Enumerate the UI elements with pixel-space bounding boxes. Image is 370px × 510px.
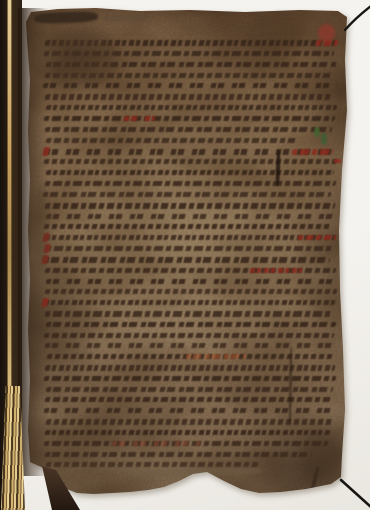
text-line — [45, 462, 258, 467]
text-line — [45, 419, 334, 425]
red-stain — [318, 24, 335, 42]
rubric-segment — [123, 116, 155, 121]
crease-line — [288, 347, 292, 425]
rubric-segment — [297, 235, 336, 240]
text-line — [45, 279, 333, 284]
stain-blotch-bottomright — [300, 430, 344, 485]
text-line — [43, 116, 335, 121]
text-line — [44, 94, 333, 100]
text-line — [44, 181, 336, 186]
stain-blotch-topleft — [42, 28, 117, 86]
green-mark-2 — [321, 133, 327, 145]
rubric-segment — [249, 268, 302, 273]
text-line — [45, 105, 337, 110]
text-line — [44, 149, 333, 155]
top-inscription-faint — [102, 15, 148, 23]
text-line — [42, 192, 331, 197]
text-line — [44, 430, 330, 435]
text-line — [43, 224, 332, 229]
text-line — [44, 235, 336, 240]
text-line — [44, 289, 337, 294]
rubric-segment — [291, 149, 333, 155]
text-line — [45, 322, 336, 327]
text-line — [45, 214, 337, 219]
text-line — [44, 452, 312, 457]
rubric-segment — [111, 441, 200, 446]
green-mark-1 — [314, 127, 320, 137]
text-line — [44, 343, 337, 348]
text-line — [43, 333, 334, 338]
text-line — [43, 300, 335, 305]
text-line — [44, 203, 335, 209]
rubric-segment — [185, 354, 246, 359]
text-line — [43, 376, 336, 381]
text-line — [45, 138, 298, 143]
text-line — [44, 127, 332, 132]
manuscript-page-photo — [0, 0, 370, 510]
text-line — [43, 159, 337, 164]
text-line — [44, 311, 331, 317]
bottom-scribble — [126, 467, 262, 477]
text-line — [45, 170, 334, 175]
gutter-shadow — [18, 8, 48, 476]
parchment-leaf — [0, 0, 370, 510]
text-block — [0, 0, 370, 510]
red-margin-tick — [334, 159, 341, 163]
text-line — [43, 257, 330, 263]
parchment-leaf-wrap — [0, 0, 370, 510]
text-line — [45, 246, 334, 251]
text-line — [43, 408, 336, 413]
